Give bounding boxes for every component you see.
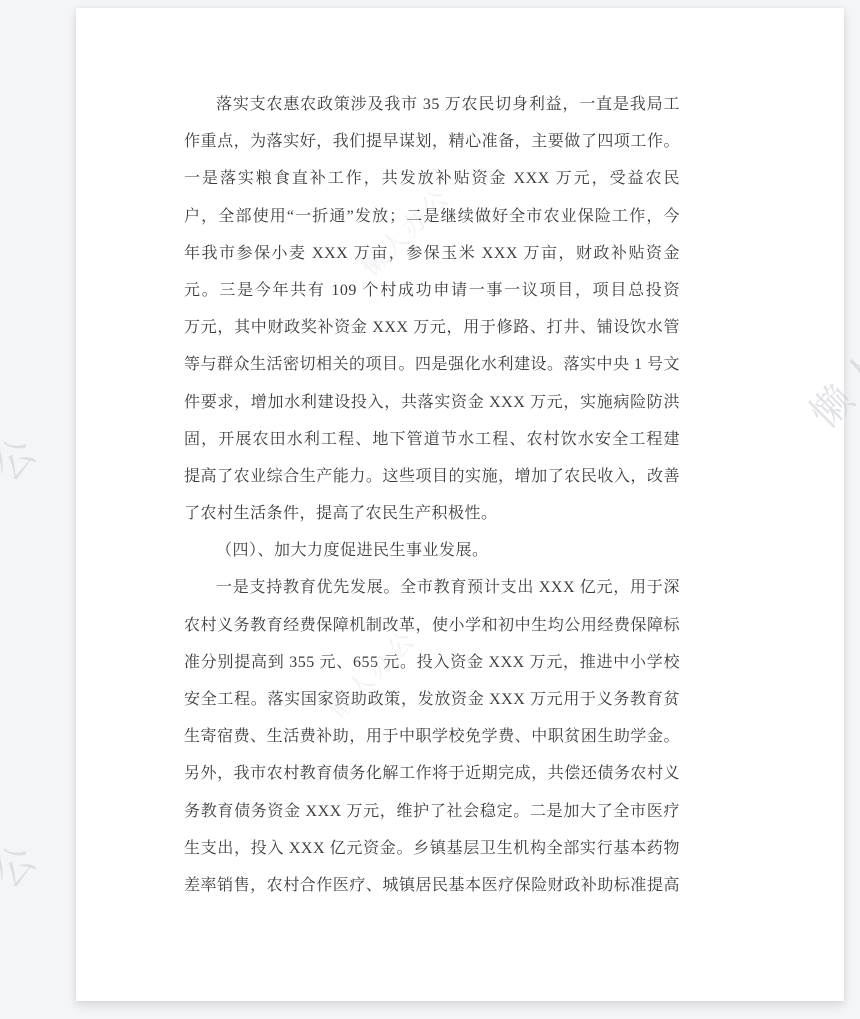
document-page: 落实支农惠农政策涉及我市 35 万农民切身利益，一直是我局工作重点，为落实好，我… — [76, 8, 844, 1001]
text-line: 元。三是今年共有 109 个村成功申请一事一议项目，项目总投资 XXX — [184, 272, 680, 309]
text-line: 另外，我市农村教育债务化解工作将于近期完成，共偿还债务农村义 — [184, 755, 680, 792]
text-line: 农村义务教育经费保障机制改革，使小学和初中生均公用经费保障标 — [184, 607, 680, 644]
text-line: 等与群众生活密切相关的项目。四是强化水利建设。落实中央 1 号文 — [184, 346, 680, 383]
text-line: 固，开展农田水利工程、地下管道节水工程、农村饮水安全工程建设， — [184, 421, 680, 458]
text-line: 差率销售，农村合作医疗、城镇居民基本医疗保险财政补助标准提高 — [184, 867, 680, 904]
document-body: 落实支农惠农政策涉及我市 35 万农民切身利益，一直是我局工作重点，为落实好，我… — [184, 86, 680, 904]
text-line: 提高了农业综合生产能力。这些项目的实施，增加了农民收入，改善 — [184, 458, 680, 495]
text-line: 一是落实粮食直补工作，共发放补贴资金 XXX 万元，受益农民 XXX 万 — [184, 160, 680, 197]
text-line: 户，全部使用“一折通”发放；二是继续做好全市农业保险工作，今 — [184, 198, 680, 235]
text-line: 了农村生活条件，提高了农民生产积极性。 — [184, 495, 680, 532]
text-line: 年我市参保小麦 XXX 万亩，参保玉米 XXX 万亩，财政补贴资金 XXX 万 — [184, 235, 680, 272]
text-line: 生支出，投入 XXX 亿元资金。乡镇基层卫生机构全部实行基本药物零 — [184, 830, 680, 867]
text-line: 落实支农惠农政策涉及我市 35 万农民切身利益，一直是我局工 — [184, 86, 680, 123]
text-line: 安全工程。落实国家资助政策，发放资金 XXX 万元用于义务教育贫困 — [184, 681, 680, 718]
screenshot-root: { "page": { "background_color": "#f4f5f7… — [0, 0, 860, 1019]
text-line: 一是支持教育优先发展。全市教育预计支出 XXX 亿元，用于深化 — [184, 569, 680, 606]
text-line: 务教育债务资金 XXX 万元，维护了社会稳定。二是加大了全市医疗卫 — [184, 793, 680, 830]
watermark-left-bottom: 懒人办公 — [0, 825, 52, 998]
text-line: 作重点，为落实好，我们提早谋划，精心准备，主要做了四项工作。 — [184, 123, 680, 160]
text-line: 件要求，增加水利建设投入，共落实资金 XXX 万元，实施病险防洪加 — [184, 384, 680, 421]
text-line: 准分别提高到 355 元、655 元。投入资金 XXX 万元，推进中小学校舍 — [184, 644, 680, 681]
text-line: 万元，其中财政奖补资金 XXX 万元，用于修路、打井、铺设饮水管道 — [184, 309, 680, 346]
watermark-left-top: 懒人办公 — [0, 418, 52, 591]
text-line: （四）、加大力度促进民生事业发展。 — [184, 532, 680, 569]
text-line: 生寄宿费、生活费补助，用于中职学校免学费、中职贫困生助学金。 — [184, 718, 680, 755]
